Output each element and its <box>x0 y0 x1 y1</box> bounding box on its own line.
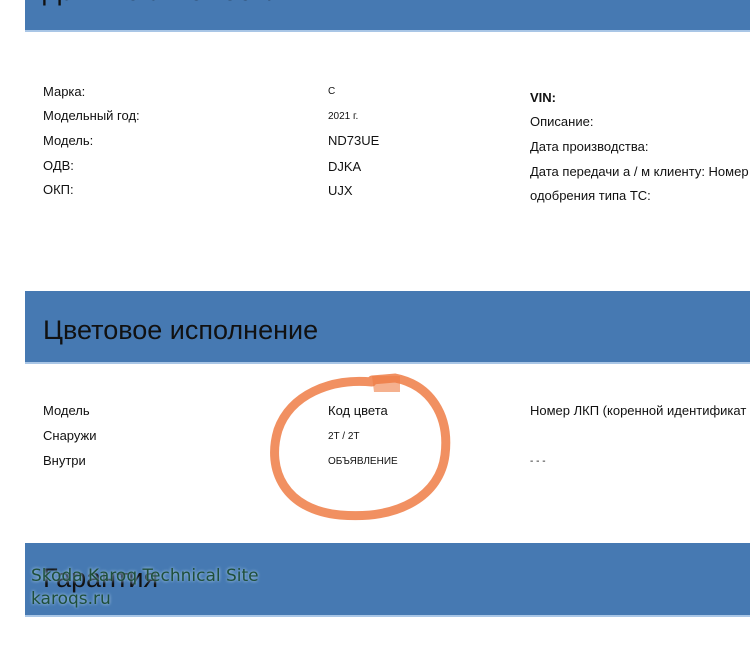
label-production-date: Дата производства: <box>530 139 648 154</box>
annotation-stroke-overlap <box>372 376 400 392</box>
color-code-exterior: 2T / 2T <box>328 431 360 442</box>
paint-number-value: - - - <box>530 456 546 467</box>
watermark-site-name: Skoda Karoq Technical Site <box>31 566 259 586</box>
section-title-color: Цветовое исполнение <box>43 315 318 346</box>
section-header-color: Цветовое исполнение <box>25 291 750 364</box>
annotation-stroke <box>275 378 446 516</box>
section-header-vehicle: Данные автомобиля <box>25 0 750 32</box>
label-model-year: Модельный год: <box>43 108 140 123</box>
color-label-model: Модель <box>43 403 90 418</box>
label-engine: ОДВ: <box>43 158 74 173</box>
color-label-exterior: Снаружи <box>43 428 97 443</box>
color-code-interior: ОБЪЯВЛЕНИЕ <box>328 456 398 467</box>
value-engine: DJKA <box>328 159 361 174</box>
label-gearbox: ОКП: <box>43 182 74 197</box>
color-label-interior: Внутри <box>43 453 86 468</box>
label-type-approval: одобрения типа ТС: <box>530 188 651 203</box>
color-code-header: Код цвета <box>328 403 388 418</box>
label-description: Описание: <box>530 114 593 129</box>
label-model: Модель: <box>43 133 93 148</box>
value-model-year: 2021 г. <box>328 111 358 122</box>
value-model: ND73UE <box>328 133 379 148</box>
value-gearbox: UJX <box>328 183 353 198</box>
watermark-url: karoqs.ru <box>31 589 111 609</box>
value-brand: C <box>328 86 335 97</box>
paint-number-header: Номер ЛКП (коренной идентификат <box>530 403 746 418</box>
label-handover-date: Дата передачи а / м клиенту: Номер <box>530 164 749 179</box>
section-title-vehicle: Данные автомобиля <box>43 0 298 7</box>
label-brand: Марка: <box>43 84 85 99</box>
label-vin: VIN: <box>530 90 556 105</box>
